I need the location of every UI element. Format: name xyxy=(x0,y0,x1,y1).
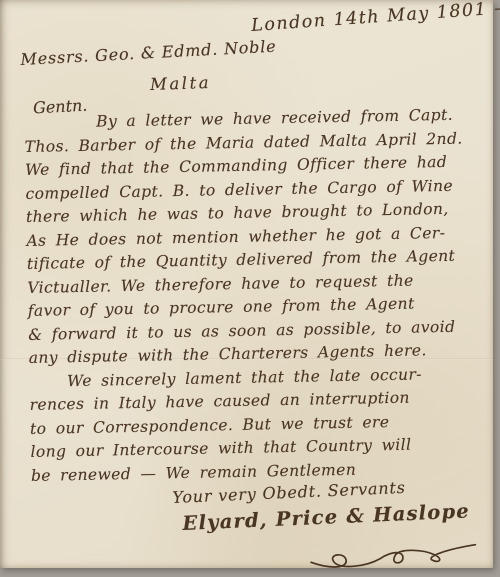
scan-background: { "letter": { "dateline": "London 14th M… xyxy=(0,0,500,577)
signature-flourish-icon xyxy=(307,540,480,577)
dateline: London 14th May 1801 — xyxy=(251,0,500,36)
letter-paper: London 14th May 1801 — Messrs. Geo. & Ed… xyxy=(0,0,493,568)
letter-body: By a letter we have received from Capt. … xyxy=(24,103,487,488)
addressee-line: Messrs. Geo. & Edmd. Noble xyxy=(20,37,277,69)
place-line: Malta xyxy=(150,73,212,94)
signature: Elyard, Price & Haslope xyxy=(182,499,470,535)
